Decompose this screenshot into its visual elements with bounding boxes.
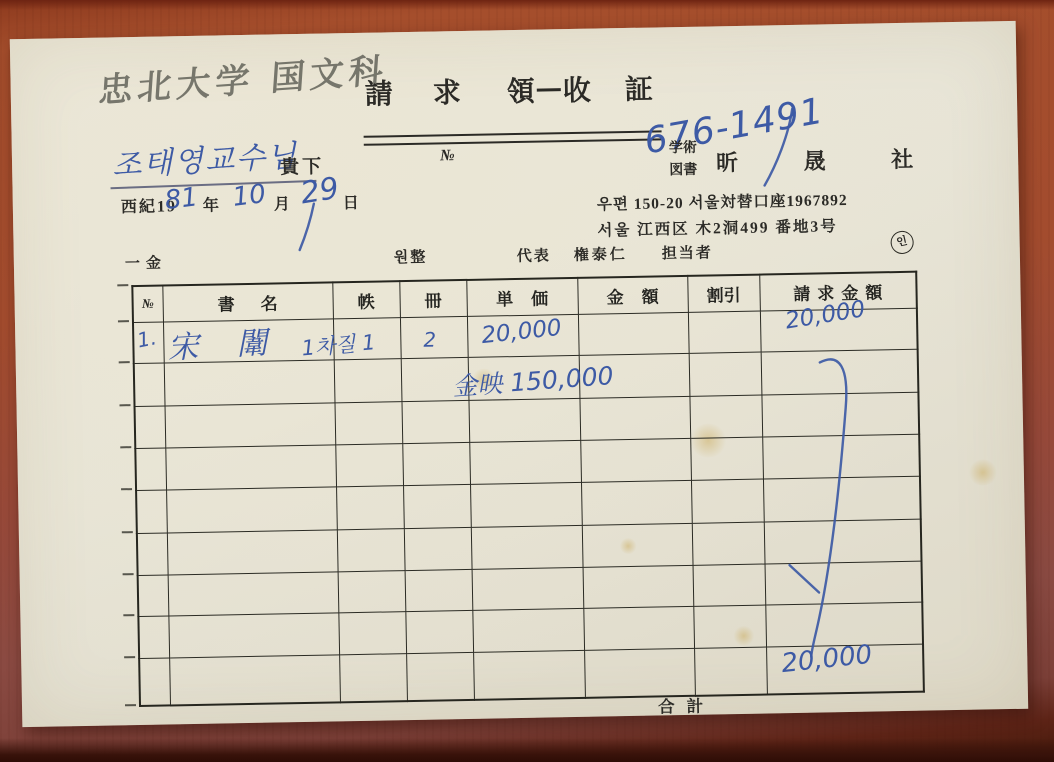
table-cell	[472, 567, 584, 610]
table-cell	[338, 570, 406, 612]
table-cell	[468, 398, 580, 442]
table-header-cell: 単価	[466, 278, 578, 316]
table-cell	[581, 480, 692, 525]
table-cell	[404, 527, 472, 570]
date-year-handwritten: 81	[163, 182, 200, 216]
table-row-tick-marks	[10, 21, 1016, 39]
table-cell	[166, 486, 337, 532]
table-cell	[403, 484, 471, 528]
table-cell	[168, 571, 339, 615]
row-tick	[118, 320, 129, 322]
table-cell	[693, 564, 766, 606]
table-cell	[335, 443, 403, 486]
pencil-department-note: 忠北大学 国文科	[97, 43, 390, 113]
table-header-cell: 書名	[162, 282, 333, 321]
table-cell	[765, 561, 923, 605]
table-cell	[583, 606, 694, 650]
company-name: 昕 晟 社	[716, 142, 944, 177]
row-tick	[123, 573, 134, 575]
table-cell	[693, 605, 766, 648]
table-cell	[137, 532, 168, 575]
table-cell	[763, 476, 921, 522]
table-cell	[169, 654, 340, 705]
table-cell	[405, 569, 473, 611]
table-cell	[402, 442, 470, 485]
document-title: 請 求 領 收 証	[364, 68, 653, 113]
photo-of-receipt: 忠北大学 国文科 請 求 領 收 証 조태영교수님 貴下 № 676-1491 …	[0, 0, 1054, 762]
row-tick	[119, 361, 130, 363]
table-cell	[469, 440, 581, 484]
title-dash-mark	[537, 88, 561, 91]
table-header-cell: 冊	[399, 280, 467, 317]
table-cell	[168, 612, 339, 657]
table-cell	[339, 653, 407, 702]
table-cell	[761, 392, 919, 437]
representative-label: 代表	[517, 244, 551, 266]
table-cell	[689, 395, 762, 438]
won-jeong-label: 원整	[394, 246, 428, 268]
table-cell	[692, 522, 765, 565]
receipt-paper: 忠北大学 国文科 請 求 領 收 証 조태영교수님 貴下 № 676-1491 …	[10, 21, 1028, 727]
table-cell	[580, 438, 691, 482]
title-double-underline	[364, 130, 662, 145]
entry-book-title-handwritten: 宋 闈	[166, 316, 282, 367]
table-cell	[138, 615, 169, 658]
table-cell	[583, 565, 694, 608]
table-cell	[694, 647, 767, 696]
table-cell	[473, 650, 585, 700]
row-tick	[117, 284, 128, 286]
row-tick	[123, 614, 134, 616]
no-label: №	[440, 147, 455, 165]
recipient-name-handwritten: 조태영교수님	[111, 131, 299, 185]
staff-label: 担当者	[662, 241, 713, 263]
table-cell	[337, 528, 405, 571]
table-cell	[334, 358, 402, 402]
table-header-cell: 割引	[687, 275, 760, 312]
date-year-unit: 年	[203, 192, 219, 215]
org-label-line2: 図書	[669, 159, 697, 180]
table-cell	[765, 602, 923, 647]
table-cell	[136, 489, 167, 533]
representative-name: 権泰仁	[574, 243, 628, 265]
date-day-handwritten: 29	[298, 171, 341, 212]
table-cell	[165, 444, 336, 489]
title-char: 証	[624, 68, 653, 109]
row-tick	[119, 404, 130, 406]
title-char: 領	[506, 70, 535, 111]
table-cell	[336, 485, 404, 529]
row-tick	[120, 446, 131, 448]
table-cell	[578, 312, 689, 355]
table-cell	[472, 608, 584, 652]
date-month-handwritten: 10	[231, 179, 268, 213]
table-cell	[139, 657, 170, 706]
row-tick	[121, 488, 132, 490]
table-cell	[401, 400, 469, 443]
table-cell	[165, 402, 336, 447]
title-char: 收	[562, 69, 591, 110]
table-cell	[582, 523, 693, 567]
seal-circle: 인	[888, 229, 916, 257]
table-cell	[135, 447, 166, 490]
table-header-cell: 金額	[577, 276, 688, 314]
table-cell	[135, 406, 166, 449]
entry-volumes-handwritten: 2	[423, 328, 436, 352]
table-header-cell: 帙	[332, 281, 400, 318]
paper-stain	[968, 459, 998, 486]
date-day-unit: 日	[343, 190, 359, 213]
title-char: 求	[432, 71, 461, 112]
table-cell	[691, 479, 764, 523]
address-line-1: 우편 150-20 서울対替口座1967892	[597, 188, 848, 215]
table-cell	[405, 610, 473, 653]
table-cell	[164, 359, 335, 405]
table-cell	[134, 363, 165, 407]
table-cell	[579, 396, 690, 440]
table-cell	[338, 611, 406, 654]
row-tick	[122, 531, 133, 533]
table-cell	[689, 352, 762, 396]
footer-total-label: 合計	[658, 692, 715, 717]
table-cell	[138, 574, 169, 616]
table-cell	[406, 652, 474, 701]
date-month-unit: 月	[274, 191, 290, 214]
row-tick	[125, 704, 136, 706]
table-cell	[584, 648, 695, 698]
table-header-cell: №	[132, 286, 163, 323]
table-cell	[471, 525, 583, 569]
table-cell	[761, 349, 919, 395]
ilgeum-label: 一金	[125, 251, 167, 273]
row-tick	[124, 656, 135, 658]
table-cell	[690, 437, 763, 480]
table-cell	[764, 519, 922, 564]
title-char: 請	[364, 72, 393, 113]
address-line-2: 서울 江西区 木2洞499 番地3号	[597, 214, 838, 240]
table-cell	[334, 401, 402, 444]
table-cell	[167, 529, 338, 574]
table-cell	[470, 482, 582, 527]
table-cell	[762, 434, 920, 479]
org-label-line1: 学術	[669, 137, 697, 158]
table-cell	[688, 311, 761, 353]
